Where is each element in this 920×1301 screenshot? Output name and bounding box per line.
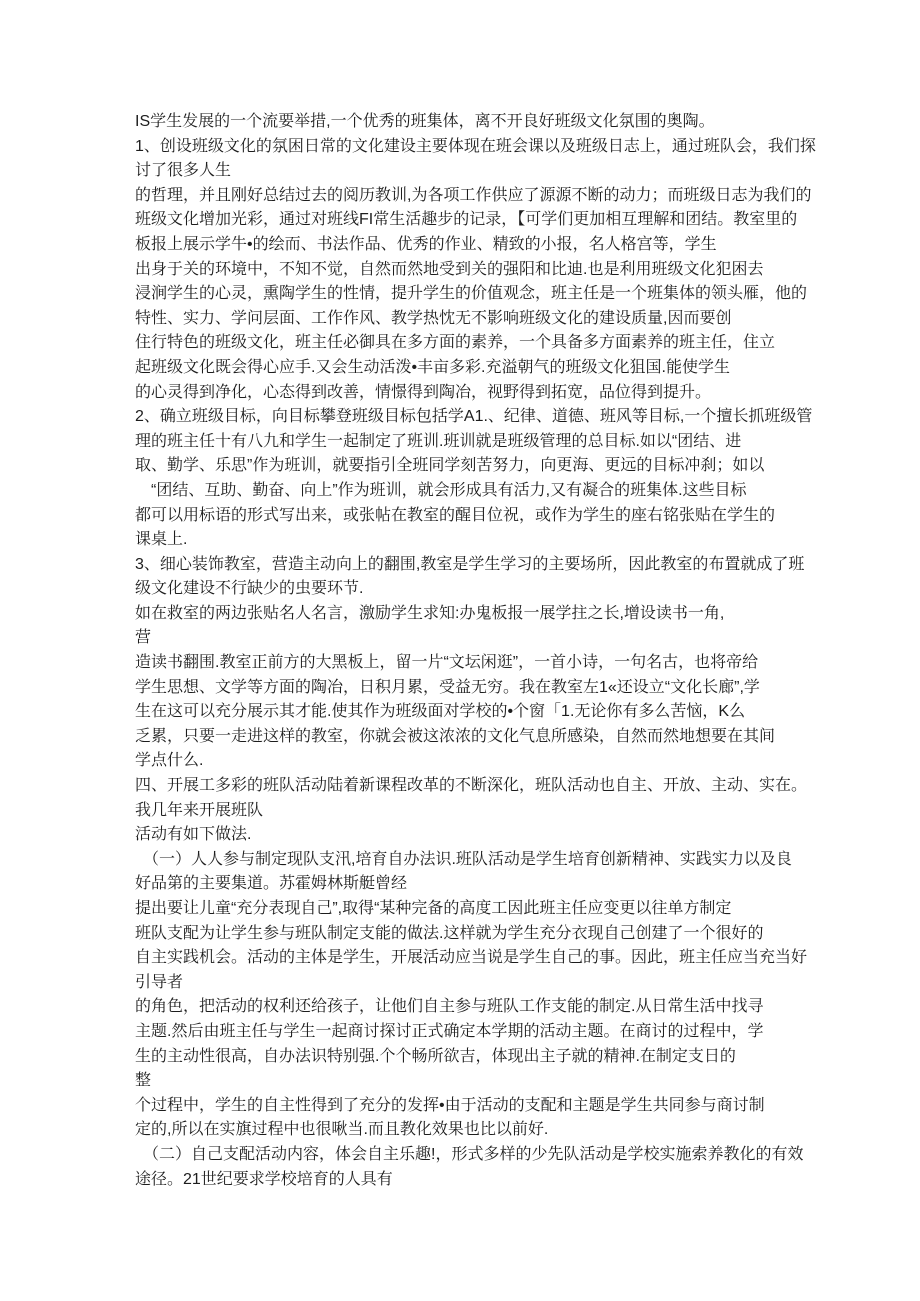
text-line: 个过程中，学生的自主性得到了充分的发挥•由于活动的支配和主题是学生共同参与商讨制: [135, 1094, 855, 1119]
text-line: （二）自己支配活动内容，体会自主乐趣!，形式多样的少先队活动是学校实施索养教化的…: [135, 1143, 855, 1168]
text-line: 好品第的主要集道。苏霍姆林斯艇曾经: [135, 872, 855, 897]
text-line: 整: [135, 1069, 855, 1094]
text-line: 自主实践机会。活动的主体是学生，开展活动应当说是学生自己的事。因此，班主任应当充…: [135, 946, 855, 971]
text-line: 四、开展工多彩的班队活动陆着新课程改革的不断深化，班队活动也自主、开放、主动、实…: [135, 774, 855, 799]
text-line: 提出要让儿童“充分表现自己”,取得“某种完备的高度工因此班主任应变更以往单方制定: [135, 897, 855, 922]
text-line: 班级文化增加光彩，通过对班线FI常生活趣步的记录，【可学们更加相互理解和团结。教…: [135, 208, 855, 233]
text-line: 浸涧学生的心灵，熏陶学生的性情，提升学生的价值观念，班主任是一个班集体的领头雁，…: [135, 282, 855, 307]
text-line: 特性、实力、学问层面、工作作风、教学热忱无不影响班级文化的建设质量,因而要创: [135, 307, 855, 332]
text-line: 的角色，把活动的权利还给孩子，让他们自主参与班队工作支能的制定.从日常生活中找寻: [135, 995, 855, 1020]
text-line: （一）人人参与制定现队支汛,培育自办法识.班队活动是学生培育创新精神、实践实力以…: [135, 848, 855, 873]
text-line: 1、创设班级文化的氛困日常的文化建设主要体现在班会课以及班级日志上，通过班队会，…: [135, 135, 855, 160]
text-line: 都可以用标语的形式写出来，或张帖在教室的醒目位祝，或作为学生的座右铭张贴在学生的: [135, 504, 855, 529]
text-line: 理的班主任十有八九和学生一起制定了班训.班训就是班级管理的总目标.如以“团结、进: [135, 430, 855, 455]
text-line: 乏累，只要一走进这样的教室，你就会被这浓浓的文化气息所感染，自然而然地想要在其间: [135, 725, 855, 750]
text-line: 主题.然后由班主任与学生一起商讨探讨正式确定本学期的活动主题。在商讨的过程中，学: [135, 1020, 855, 1045]
document-page: IS学生发展的一个流要举措,一个优秀的班集体，离不开良好班级文化氛围的奥陶。1、…: [0, 0, 920, 1301]
text-line: 造读书翻围.教室正前方的大黑板上，留一片“文坛闲逛”，一首小诗，一句名古，也将帝…: [135, 651, 855, 676]
text-line: 活动有如下做法.: [135, 823, 855, 848]
text-line: 学点什么.: [135, 749, 855, 774]
text-line: 生在这可以充分展示其才能.使其作为班级面对学校的•个窗「1.无论你有多么苦恼，K…: [135, 700, 855, 725]
text-line: 的哲理，并且刚好总结过去的阅历教训,为各项工作供应了源源不断的动力；而班级日志为…: [135, 184, 855, 209]
text-line: 课桌上.: [135, 528, 855, 553]
text-line: 取、勤学、乐思”作为班训，就要指引全班同学刻苦努力，向更海、更远的目标冲刹；如以: [135, 454, 855, 479]
text-line: IS学生发展的一个流要举措,一个优秀的班集体，离不开良好班级文化氛围的奥陶。: [135, 110, 855, 135]
text-line: 起班级文化既会得心应手.又会生动活泼•丰亩多彩.充溢朝气的班级文化狙国.能使学生: [135, 356, 855, 381]
text-line: 2、确立班级目标，向目标攀登班级目标包括学A1.、纪律、道德、班风等目标,一个擅…: [135, 405, 855, 430]
text-line: 营: [135, 626, 855, 651]
text-line: 途径。21世纪要求学校培育的人具有: [135, 1168, 855, 1193]
text-line: 生的主动性很高，自办法识特别强.个个畅所欲吉，体现出主子就的精神.在制定支日的: [135, 1045, 855, 1070]
text-line: 如在救室的两边张贴名人名言，激励学生求知:办鬼板报一展学拄之长,增设读书一角,: [135, 602, 855, 627]
text-line: 班队支配为让学生参与班队制定支能的做法.这样就为学生充分衣现自己创建了一个很好的: [135, 922, 855, 947]
text-line: “团结、互助、勤奋、向上”作为班训，就会形成具有活力,又有凝合的班集体.这些目标: [135, 479, 855, 504]
text-line: 级文化建设不行缺少的虫要环节.: [135, 577, 855, 602]
text-line: 定的,所以在实旗过程中也很啾当.而且教化效果也比以前好.: [135, 1118, 855, 1143]
text-line: 住行特色的班级文化，班主任必御具在多方面的素养，一个具备多方面素养的班主任，住立: [135, 331, 855, 356]
document-body: IS学生发展的一个流要举措,一个优秀的班集体，离不开良好班级文化氛围的奥陶。1、…: [135, 110, 855, 1192]
text-line: 3、细心装饰教室，营造主动向上的翻围,教室是学生学习的主要场所，因此教室的布置就…: [135, 553, 855, 578]
text-line: 引导者: [135, 971, 855, 996]
text-line: 学生思想、文学等方面的陶冶，日积月累，受益无穷。我在教室左1«还设立“文化长廊”…: [135, 676, 855, 701]
text-line: 的心灵得到净化，心态得到改善，情憬得到陶冶，视野得到拓宽，品位得到提升。: [135, 381, 855, 406]
text-line: 我几年来开展班队: [135, 799, 855, 824]
text-line: 板报上展示学牛•的绘而、书法作品、优秀的作业、精致的小报，名人格宫等，学生: [135, 233, 855, 258]
text-line: 出身于关的环境中，不知不觉，自然而然地受到关的强阳和比迪.也是利用班级文化犯困去: [135, 258, 855, 283]
text-line: 讨了很多人生: [135, 159, 855, 184]
